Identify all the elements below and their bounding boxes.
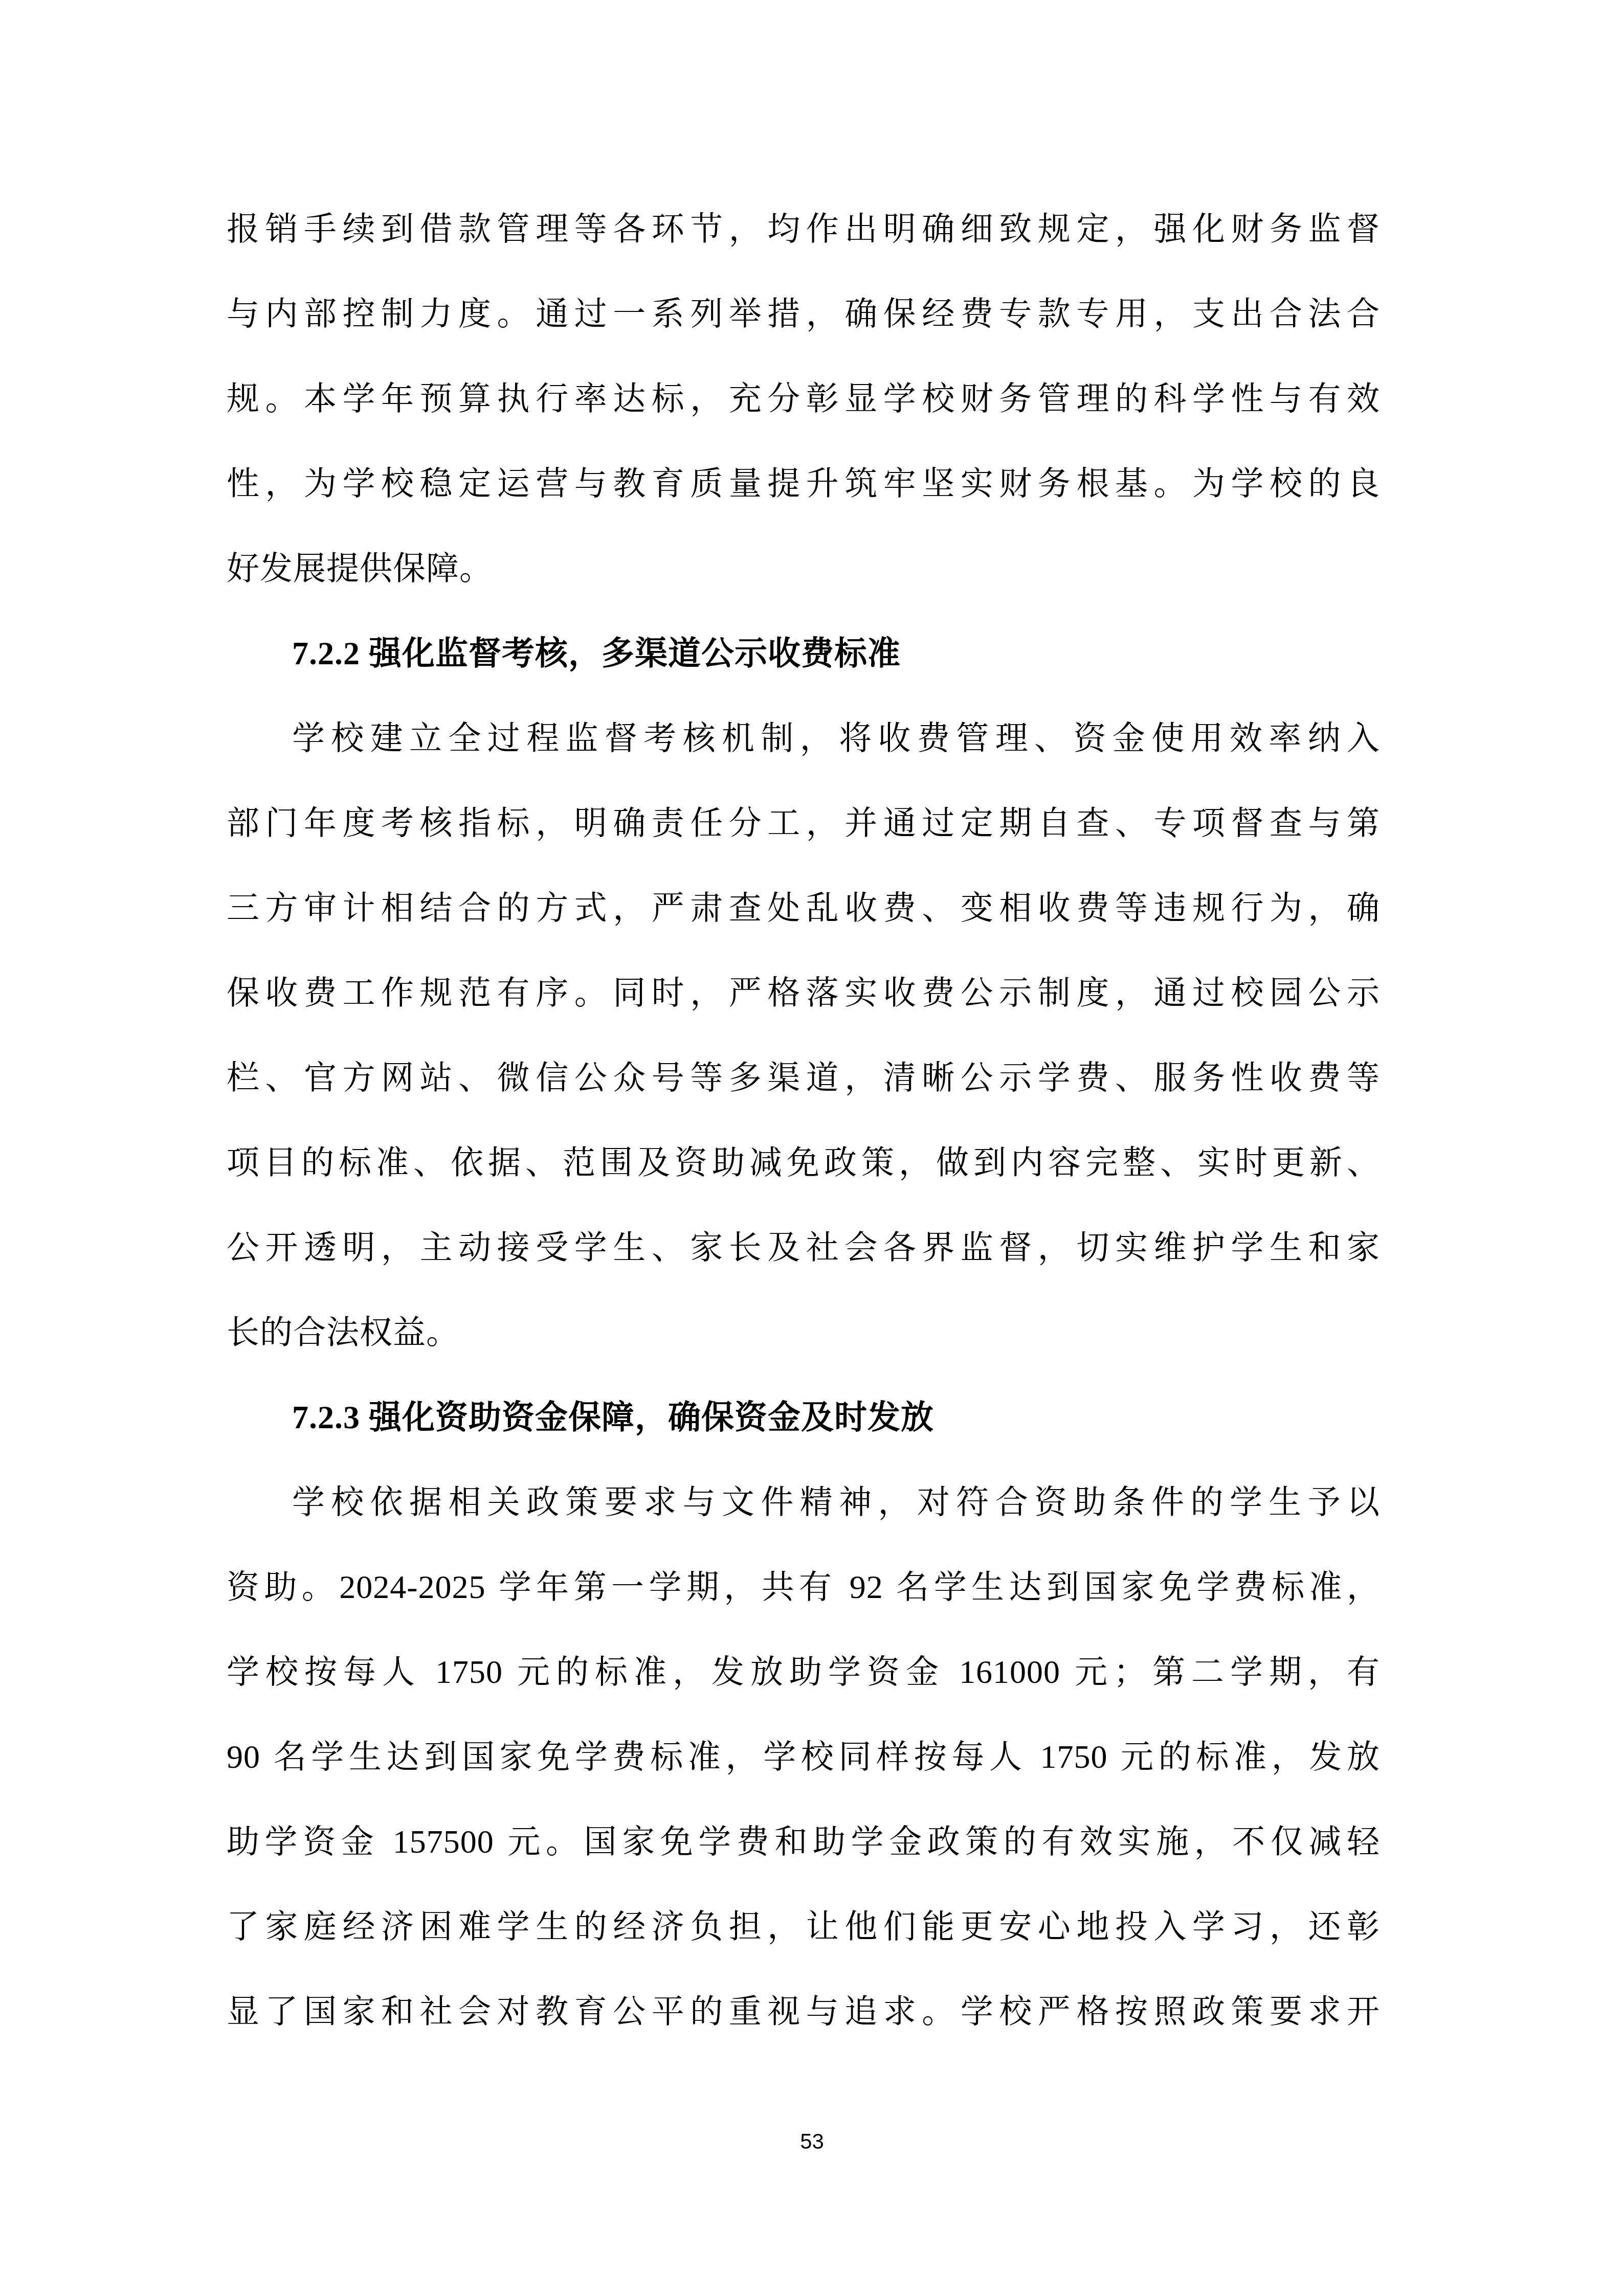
text-line: 保收费工作规范有序。同时，严格落实收费公示制度，通过校园公示 bbox=[227, 951, 1380, 1036]
text-line: 报销手续到借款管理等各环节，均作出明确细致规定，强化财务监督 bbox=[227, 187, 1380, 272]
document-page: 报销手续到借款管理等各环节，均作出明确细致规定，强化财务监督 与内部控制力度。通… bbox=[0, 0, 1624, 2296]
text-line: 好发展提供保障。 bbox=[227, 526, 1380, 611]
text-line: 资助。2024-2025 学年第一学期，共有 92 名学生达到国家免学费标准， bbox=[227, 1545, 1380, 1630]
text-line: 栏、官方网站、微信公众号等多渠道，清晰公示学费、服务性收费等 bbox=[227, 1036, 1380, 1120]
text-line: 公开透明，主动接受学生、家长及社会各界监督，切实维护学生和家 bbox=[227, 1205, 1380, 1290]
document-content: 报销手续到借款管理等各环节，均作出明确细致规定，强化财务监督 与内部控制力度。通… bbox=[227, 187, 1380, 2054]
text-line: 学校依据相关政策要求与文件精神，对符合资助条件的学生予以 bbox=[227, 1460, 1380, 1545]
section-heading-7-2-2: 7.2.2 强化监督考核，多渠道公示收费标准 bbox=[227, 611, 1380, 696]
text-line: 长的合法权益。 bbox=[227, 1290, 1380, 1375]
text-line: 三方审计相结合的方式，严肃查处乱收费、变相收费等违规行为，确 bbox=[227, 866, 1380, 951]
text-line: 学校按每人 1750 元的标准，发放助学资金 161000 元；第二学期，有 bbox=[227, 1630, 1380, 1715]
text-line: 了家庭经济困难学生的经济负担，让他们能更安心地投入学习，还彰 bbox=[227, 1884, 1380, 1969]
page-number: 53 bbox=[0, 2126, 1624, 2157]
text-line: 规。本学年预算执行率达标，充分彰显学校财务管理的科学性与有效 bbox=[227, 356, 1380, 441]
text-line: 与内部控制力度。通过一系列举措，确保经费专款专用，支出合法合 bbox=[227, 272, 1380, 356]
text-line: 性，为学校稳定运营与教育质量提升筑牢坚实财务根基。为学校的良 bbox=[227, 441, 1380, 526]
text-line: 90 名学生达到国家免学费标准，学校同样按每人 1750 元的标准，发放 bbox=[227, 1715, 1380, 1799]
text-line: 学校建立全过程监督考核机制，将收费管理、资金使用效率纳入 bbox=[227, 696, 1380, 781]
text-line: 项目的标准、依据、范围及资助减免政策，做到内容完整、实时更新、 bbox=[227, 1120, 1380, 1205]
text-line: 部门年度考核指标，明确责任分工，并通过定期自查、专项督查与第 bbox=[227, 781, 1380, 866]
text-line: 显了国家和社会对教育公平的重视与追求。学校严格按照政策要求开 bbox=[227, 1969, 1380, 2054]
section-heading-7-2-3: 7.2.3 强化资助资金保障，确保资金及时发放 bbox=[227, 1375, 1380, 1460]
text-line: 助学资金 157500 元。国家免学费和助学金政策的有效实施，不仅减轻 bbox=[227, 1799, 1380, 1884]
